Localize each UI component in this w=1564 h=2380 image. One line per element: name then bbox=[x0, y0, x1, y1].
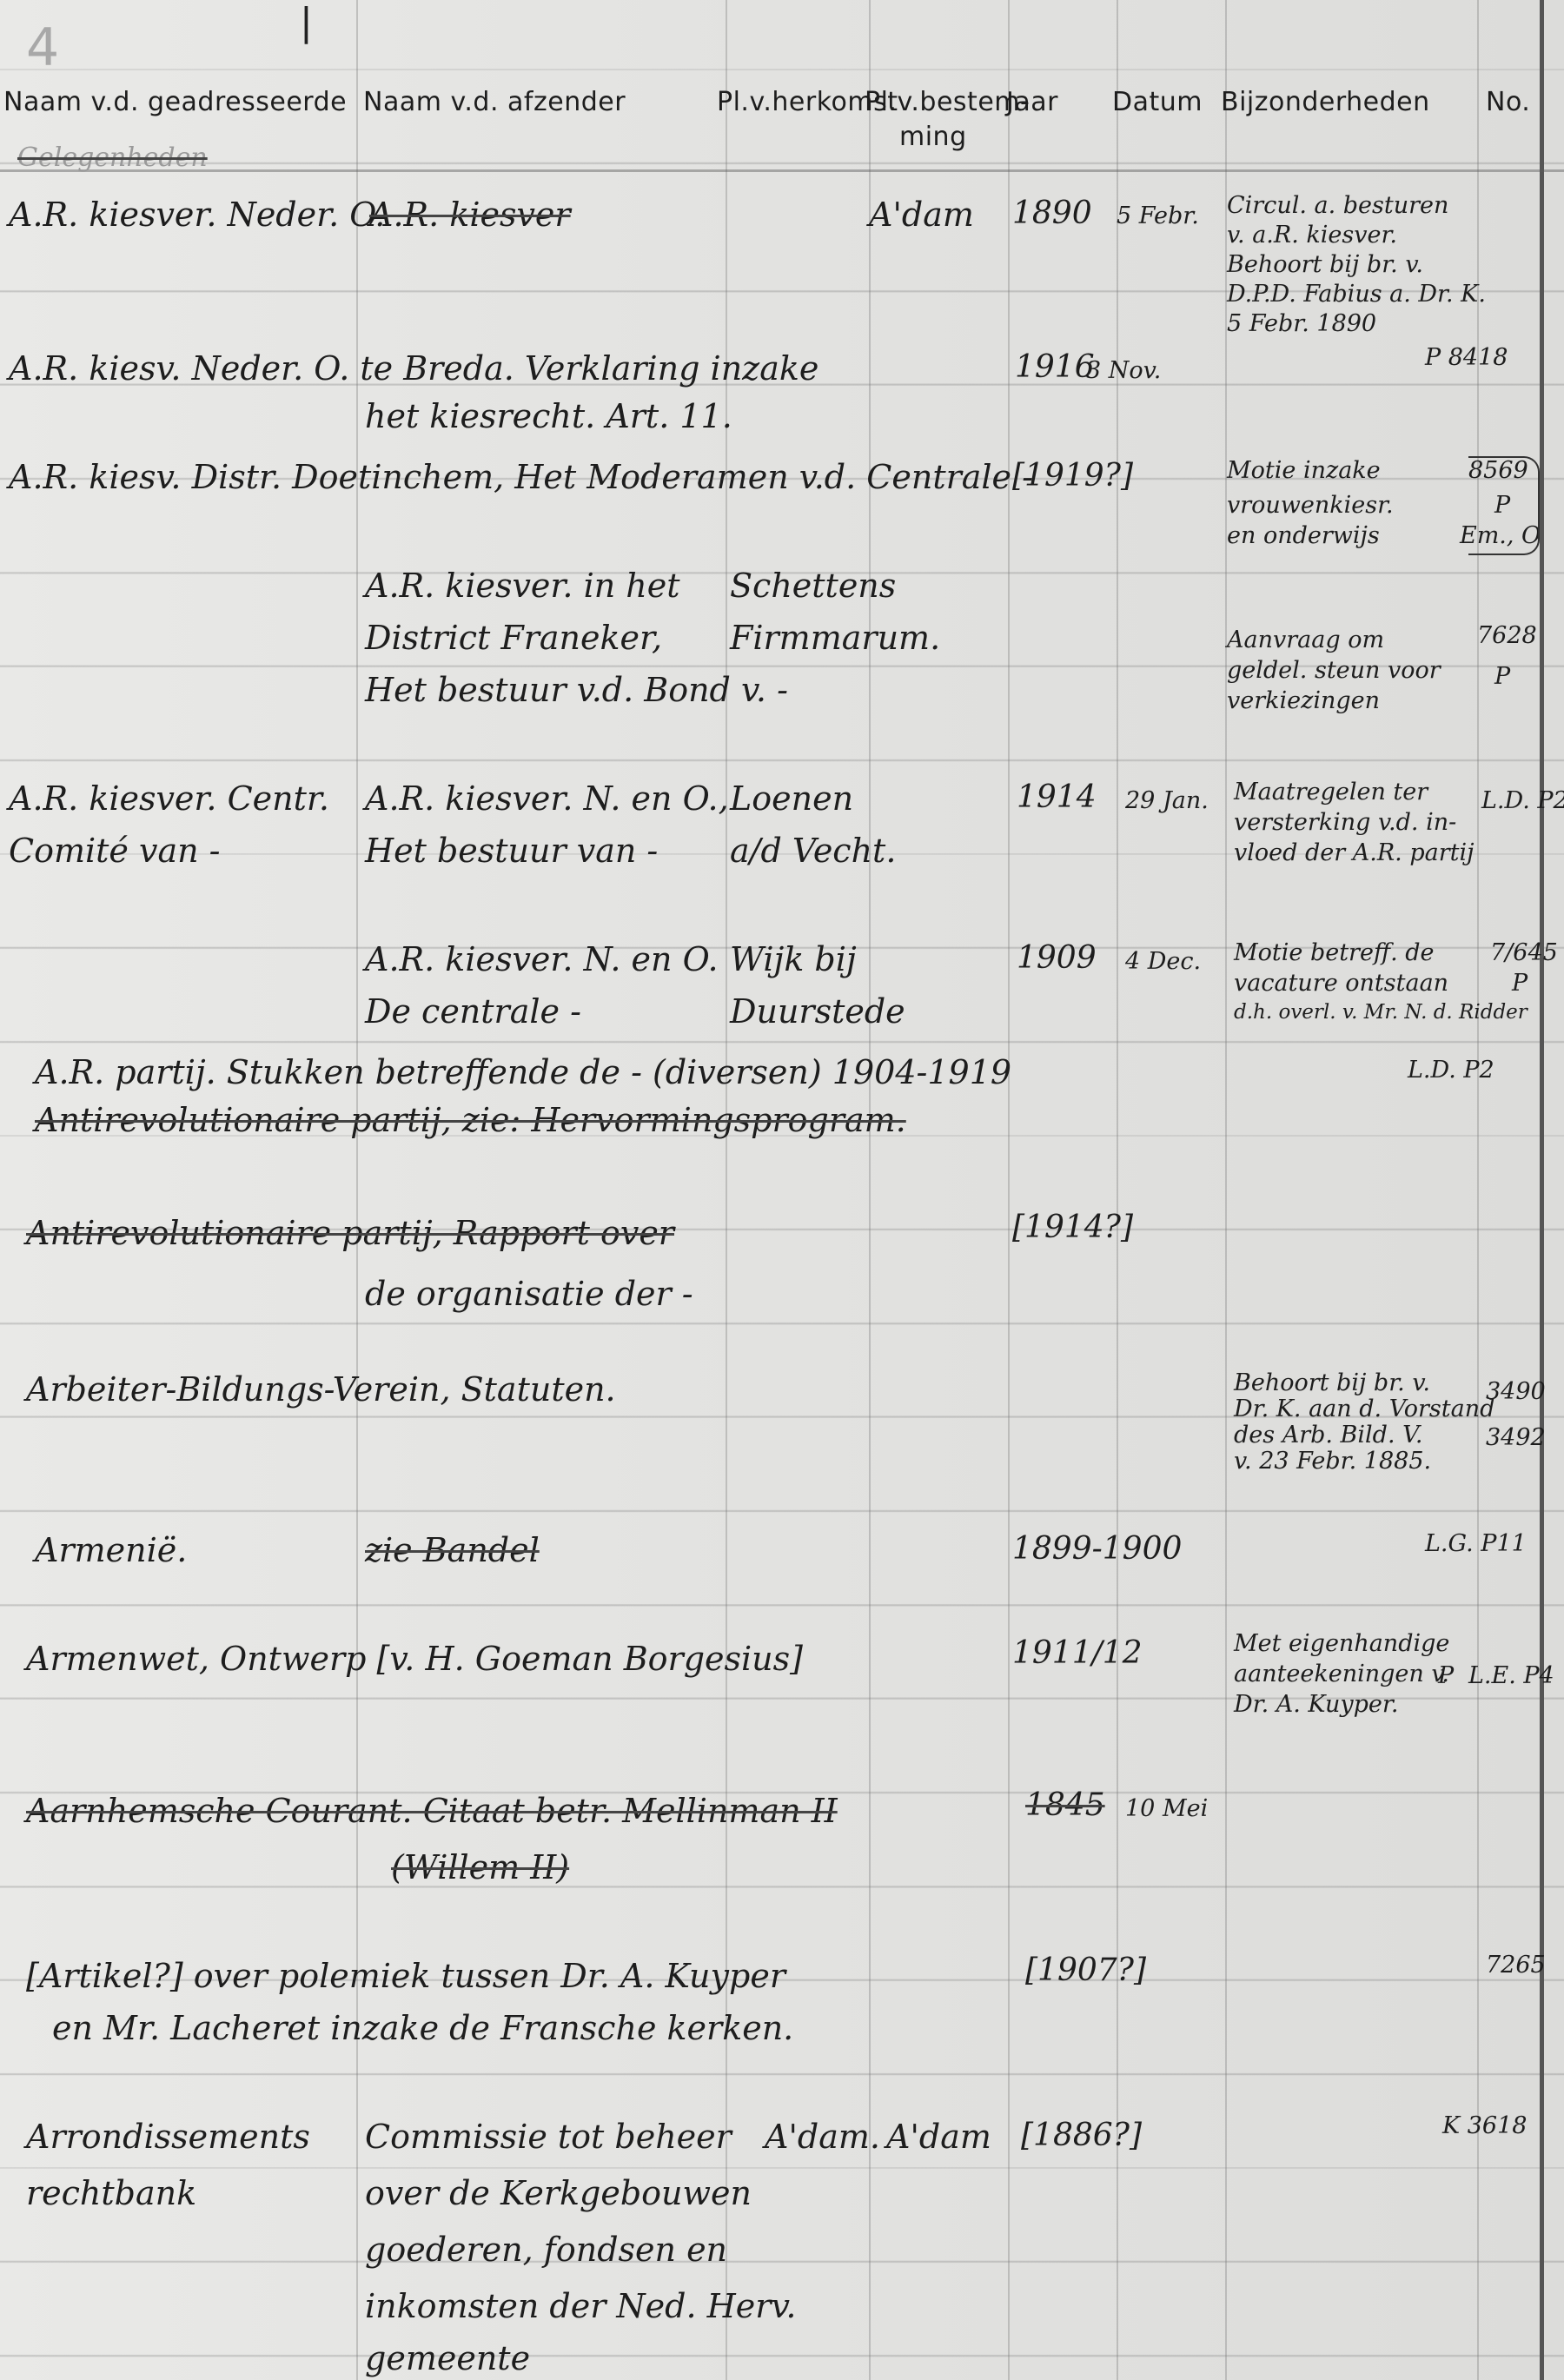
details-line: Dr. K. aan d. Vorstand bbox=[1234, 1395, 1494, 1424]
sender-line: District Franeker, bbox=[365, 621, 662, 654]
origin-line: Firmmarum. bbox=[730, 621, 940, 654]
addressee-line: Arrondissements bbox=[26, 2120, 310, 2153]
ledger-entry-addressee: Armenië. bbox=[35, 1534, 187, 1567]
header-addressee: Naam v.d. geadresseerde bbox=[3, 87, 347, 117]
column-rule bbox=[869, 0, 871, 2380]
archive-note: P bbox=[1438, 1661, 1454, 1691]
page-margin-rule bbox=[1540, 0, 1544, 2380]
details-line: 5 Febr. 1890 bbox=[1227, 309, 1376, 339]
sender-line: A.R. kiesver. N. en O. bbox=[365, 943, 719, 976]
year: 1845 bbox=[1025, 1790, 1105, 1821]
sender-line: Het bestuur v.d. Bond v. - bbox=[365, 673, 788, 706]
origin-line: a/d Vecht. bbox=[730, 834, 896, 867]
details-line: v. 23 Febr. 1885. bbox=[1234, 1447, 1431, 1476]
origin-line: Loenen bbox=[730, 782, 853, 815]
corner-pencil-mark: 4 bbox=[26, 17, 59, 78]
addressee-cont: (Willem II) bbox=[391, 1851, 569, 1884]
column-rule bbox=[1008, 0, 1010, 2380]
header-rule bbox=[0, 169, 1564, 172]
year: 1914 bbox=[1017, 782, 1097, 813]
details-line: Behoort bij br. v. bbox=[1234, 1369, 1430, 1398]
ledger-entry-addressee-struck: Antirevolutionaire partij, Rapport over bbox=[26, 1217, 674, 1250]
addressee-cont: het kiesrecht. Art. 11. bbox=[365, 400, 732, 433]
sender-line: De centrale - bbox=[365, 995, 581, 1028]
ledger-page: 4 | Naam v.d. geadresseerde Naam v.d. af… bbox=[0, 0, 1564, 2380]
sender: A.R. kiesver bbox=[369, 198, 571, 231]
year: 1890 bbox=[1012, 198, 1092, 229]
archive-number: 3490 bbox=[1486, 1377, 1546, 1407]
origin-line: Schettens bbox=[730, 569, 896, 602]
sender-line: over de Kerkgebouwen bbox=[365, 2177, 752, 2210]
details-line: Motie inzake bbox=[1227, 456, 1381, 486]
ledger-entry-addressee: A.R. partij. Stukken betreffende de - (d… bbox=[35, 1056, 1011, 1089]
details-line: des Arb. Bild. V. bbox=[1234, 1421, 1422, 1450]
destination: A'dam bbox=[869, 198, 974, 231]
header-year: Jaar bbox=[1006, 87, 1058, 117]
details-line: Dr. A. Kuyper. bbox=[1234, 1690, 1398, 1720]
details-line: D.P.D. Fabius a. Dr. K. bbox=[1227, 280, 1486, 309]
details-line: vloed der A.R. partij bbox=[1234, 839, 1474, 868]
ledger-entry-addressee: Armenwet, Ontwerp [v. H. Goeman Borgesiu… bbox=[26, 1642, 803, 1675]
archive-number: K 3618 bbox=[1442, 2112, 1527, 2141]
details-line: en onderwijs bbox=[1227, 521, 1380, 551]
year: 1916 bbox=[1015, 352, 1095, 383]
ledger-entry-addressee-struck: Aarnhemsche Courant. Citaat betr. Mellin… bbox=[26, 1794, 838, 1827]
header-details: Bijzonderheden bbox=[1221, 87, 1430, 117]
sender-line: goederen, fondsen en bbox=[365, 2233, 727, 2266]
details-line: verkiezingen bbox=[1227, 686, 1380, 716]
ledger-entry-addressee: Arbeiter-Bildungs-Verein, Statuten. bbox=[26, 1373, 616, 1406]
addressee-cont: de organisatie der - bbox=[365, 1277, 693, 1310]
sender-line: A.R. kiesver. in het bbox=[365, 569, 680, 602]
ledger-entry-addressee-struck: Antirevolutionaire partij, zie: Hervormi… bbox=[35, 1104, 906, 1137]
sender-line: A.R. kiesver. N. en O., bbox=[365, 782, 729, 815]
addressee-cont: en Mr. Lacheret inzake de Fransche kerke… bbox=[52, 2012, 793, 2045]
archive-note: P bbox=[1494, 662, 1510, 692]
ledger-entry-addressee: [Artikel?] over polemiek tussen Dr. A. K… bbox=[26, 1959, 785, 1992]
sender-line: Commissie tot beheer bbox=[365, 2120, 732, 2153]
addressee: A.R. kiesv. Distr. Doetinchem, Het Moder… bbox=[9, 461, 1033, 494]
details-line: v. a.R. kiesver. bbox=[1227, 221, 1397, 250]
year: [1886?] bbox=[1021, 2120, 1142, 2151]
top-mark: | bbox=[300, 0, 313, 44]
date: 3 Nov. bbox=[1086, 356, 1161, 386]
details-line: Met eigenhandige bbox=[1234, 1629, 1449, 1659]
details-line: Behoort bij br. v. bbox=[1227, 250, 1423, 280]
date: 10 Mei bbox=[1125, 1794, 1208, 1824]
addressee: A.R. kiesver. Neder. O. bbox=[9, 198, 385, 231]
details-line: geldel. steun voor bbox=[1227, 656, 1441, 686]
archive-number: P 8418 bbox=[1425, 343, 1508, 373]
details-line: Maatregelen ter bbox=[1234, 778, 1428, 807]
addressee-line: rechtbank bbox=[26, 2177, 196, 2210]
date: 4 Dec. bbox=[1125, 947, 1201, 977]
addressee-line: Comité van - bbox=[9, 834, 221, 867]
sender-line: gemeente bbox=[365, 2342, 530, 2375]
bracket-mark bbox=[1468, 456, 1540, 555]
header-sender: Naam v.d. afzender bbox=[363, 87, 626, 117]
details-line: Circul. a. besturen bbox=[1227, 191, 1448, 221]
details-line: Aanvraag om bbox=[1227, 626, 1384, 655]
year: 1911/12 bbox=[1012, 1638, 1143, 1669]
year: [1914?] bbox=[1012, 1212, 1133, 1243]
header-destination-cont: ming bbox=[899, 122, 967, 152]
archive-number-2: 3492 bbox=[1486, 1423, 1546, 1453]
archive-note: P bbox=[1512, 969, 1528, 998]
origin: A'dam. bbox=[765, 2120, 880, 2153]
header-destination: Pl.v.bestem- bbox=[865, 87, 1030, 117]
faint-crossed-note: Gelegenheden bbox=[17, 143, 208, 173]
details-line: aanteekeningen v. bbox=[1234, 1660, 1449, 1689]
details-line: versterking v.d. in- bbox=[1234, 808, 1456, 838]
archive-number: L.E. P4 bbox=[1468, 1661, 1554, 1691]
sender-line: Het bestuur van - bbox=[365, 834, 658, 867]
archive-number: L.D. P2 bbox=[1408, 1056, 1494, 1085]
details-line: Motie betreff. de bbox=[1234, 938, 1435, 968]
header-date: Datum bbox=[1112, 87, 1203, 117]
details-line: d.h. overl. v. Mr. N. d. Ridder bbox=[1234, 998, 1528, 1027]
details-line: vacature ontstaan bbox=[1234, 969, 1448, 998]
archive-number: 7/645 bbox=[1490, 938, 1558, 968]
struck-reference: zie Bandel bbox=[365, 1534, 540, 1567]
year: [1907?] bbox=[1025, 1955, 1146, 1986]
date: 29 Jan. bbox=[1125, 786, 1209, 816]
date: 5 Febr. bbox=[1117, 202, 1199, 231]
destination: A'dam bbox=[886, 2120, 991, 2153]
header-number: No. bbox=[1486, 87, 1530, 117]
sender-line: inkomsten der Ned. Herv. bbox=[365, 2290, 797, 2323]
year: 1909 bbox=[1017, 943, 1097, 974]
origin-line: Wijk bij bbox=[730, 943, 857, 976]
archive-number: 7628 bbox=[1477, 621, 1537, 651]
addressee-line: A.R. kiesver. Centr. bbox=[9, 782, 329, 815]
year: [1919?] bbox=[1012, 461, 1133, 492]
archive-number: L.G. P11 bbox=[1425, 1529, 1527, 1559]
details-line: vrouwenkiesr. bbox=[1227, 491, 1394, 520]
archive-number: 7265 bbox=[1486, 1951, 1546, 1980]
addressee: A.R. kiesv. Neder. O. te Breda. Verklari… bbox=[9, 352, 818, 385]
year: 1899-1900 bbox=[1012, 1534, 1182, 1565]
column-rule bbox=[1225, 0, 1227, 2380]
archive-number: L.D. P2 bbox=[1481, 786, 1564, 816]
origin-line: Duurstede bbox=[730, 995, 905, 1028]
